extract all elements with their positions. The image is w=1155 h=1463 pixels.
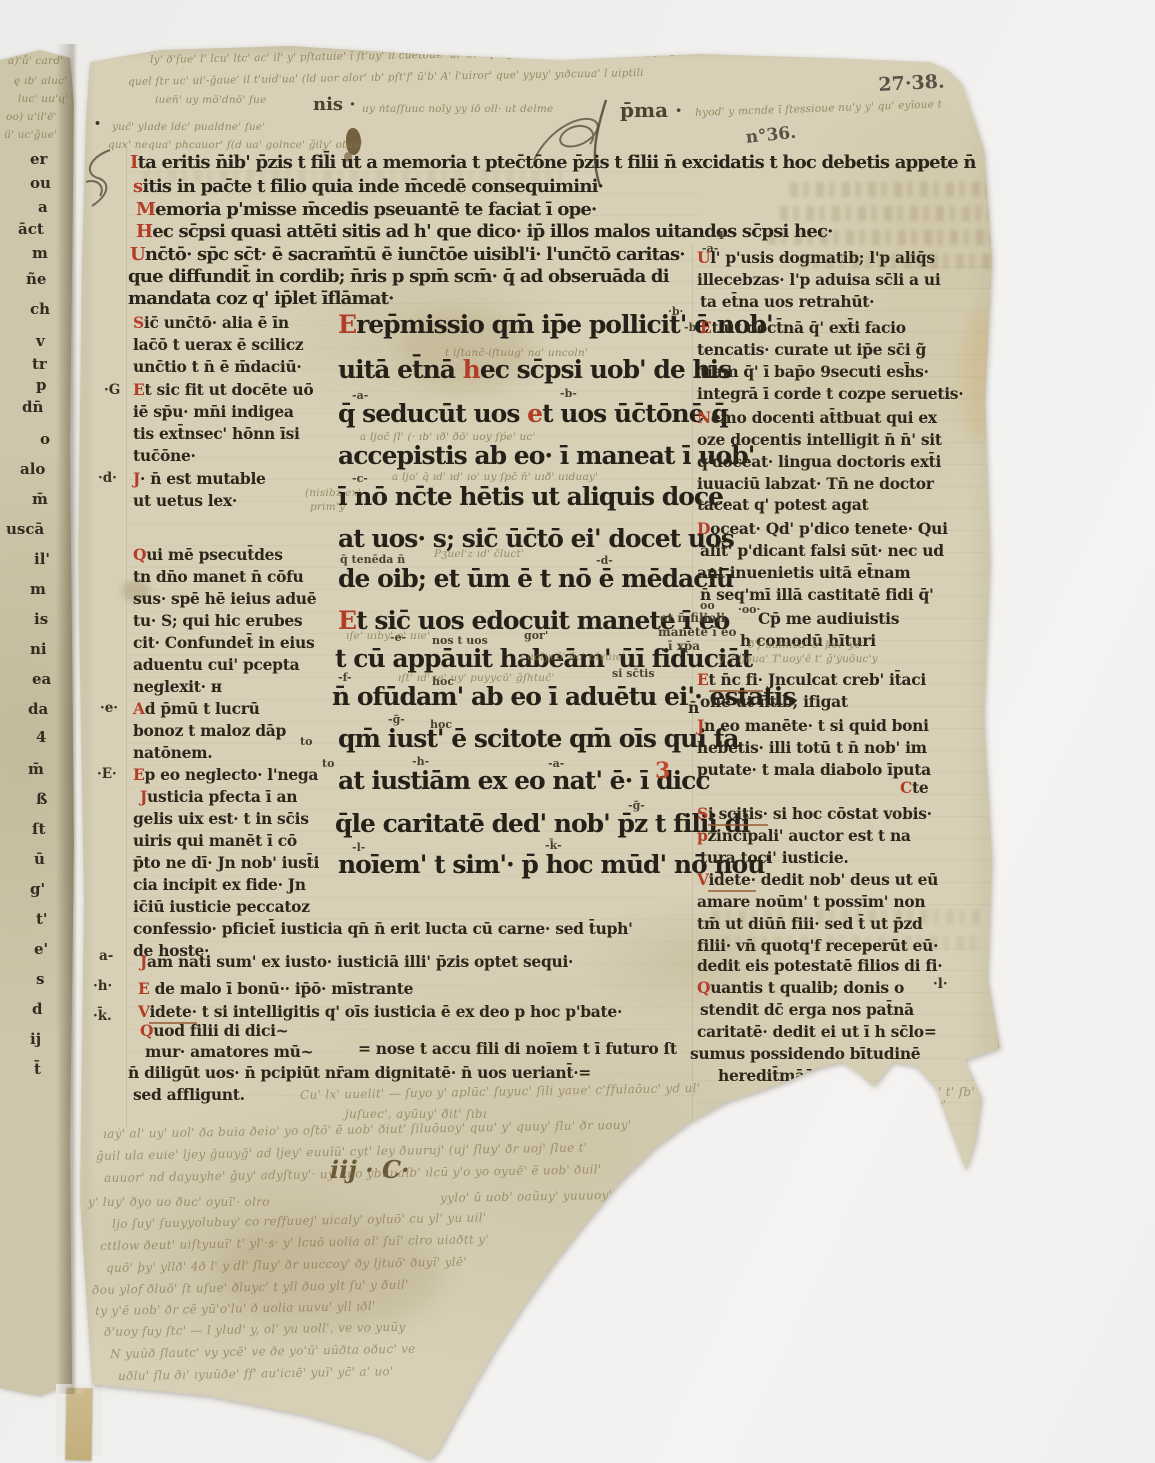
text-line: ñe (26, 272, 46, 287)
quire-mark: iij · C· (330, 1158, 409, 1182)
text-line: ß (36, 792, 47, 807)
text-line: ljio ljo' olē' yuy' co'deūy' (790, 1099, 947, 1116)
text-line: t̄ (34, 1062, 41, 1077)
red-speck (930, 1088, 934, 1092)
text-line: ni (30, 642, 47, 657)
text-line: m (30, 582, 46, 597)
text-line: e' (34, 942, 48, 957)
text-line: ſt (32, 822, 45, 837)
red-speck (997, 556, 1001, 560)
text-line: da (28, 702, 48, 717)
text-line: is (34, 612, 48, 627)
manuscript-page-wrap: nis ·p̄ma ·27·38.n°36.uy ṅtaſſuuc noīy y… (62, 40, 1010, 1463)
text-line: 4 (36, 730, 46, 745)
text-line: ou (30, 176, 51, 191)
text-line: v (36, 334, 45, 349)
red-speck (998, 756, 1002, 760)
text-line: a (38, 200, 48, 215)
text-line: āct (18, 222, 44, 237)
text-line: p (36, 378, 47, 393)
text-line: m̄ (32, 492, 48, 507)
text-line: ea (32, 672, 51, 687)
text-line: il' (34, 552, 50, 567)
text-line: ij (30, 1032, 41, 1047)
red-speck (1000, 688, 1003, 691)
text-line: er (30, 152, 47, 167)
text-line: uscā (6, 522, 44, 537)
manuscript-photo: a)'ů' card'ę ıb' aluc'luc' uu'ų'oo) u'il… (0, 0, 1155, 1463)
text-line: m (32, 246, 48, 261)
text-line: tr (32, 357, 47, 372)
text-line: ū (34, 852, 45, 867)
text-line: alo (20, 462, 45, 477)
ruling-vertical (998, 148, 999, 1088)
text-line: m̄ (28, 762, 44, 777)
text-line: s (36, 972, 44, 987)
text-line: g' (30, 882, 45, 897)
quire-mark-layer: iij · C· (62, 40, 1010, 1463)
manuscript-page: nis ·p̄ma ·27·38.n°36.uy ṅtaſſuuc noīy y… (62, 40, 1010, 1463)
text-line: o (40, 432, 50, 447)
text-line: ch (30, 302, 50, 317)
text-line: dn̄ (22, 400, 43, 415)
text-line: t' (36, 912, 48, 927)
text-line: d (32, 1002, 43, 1017)
